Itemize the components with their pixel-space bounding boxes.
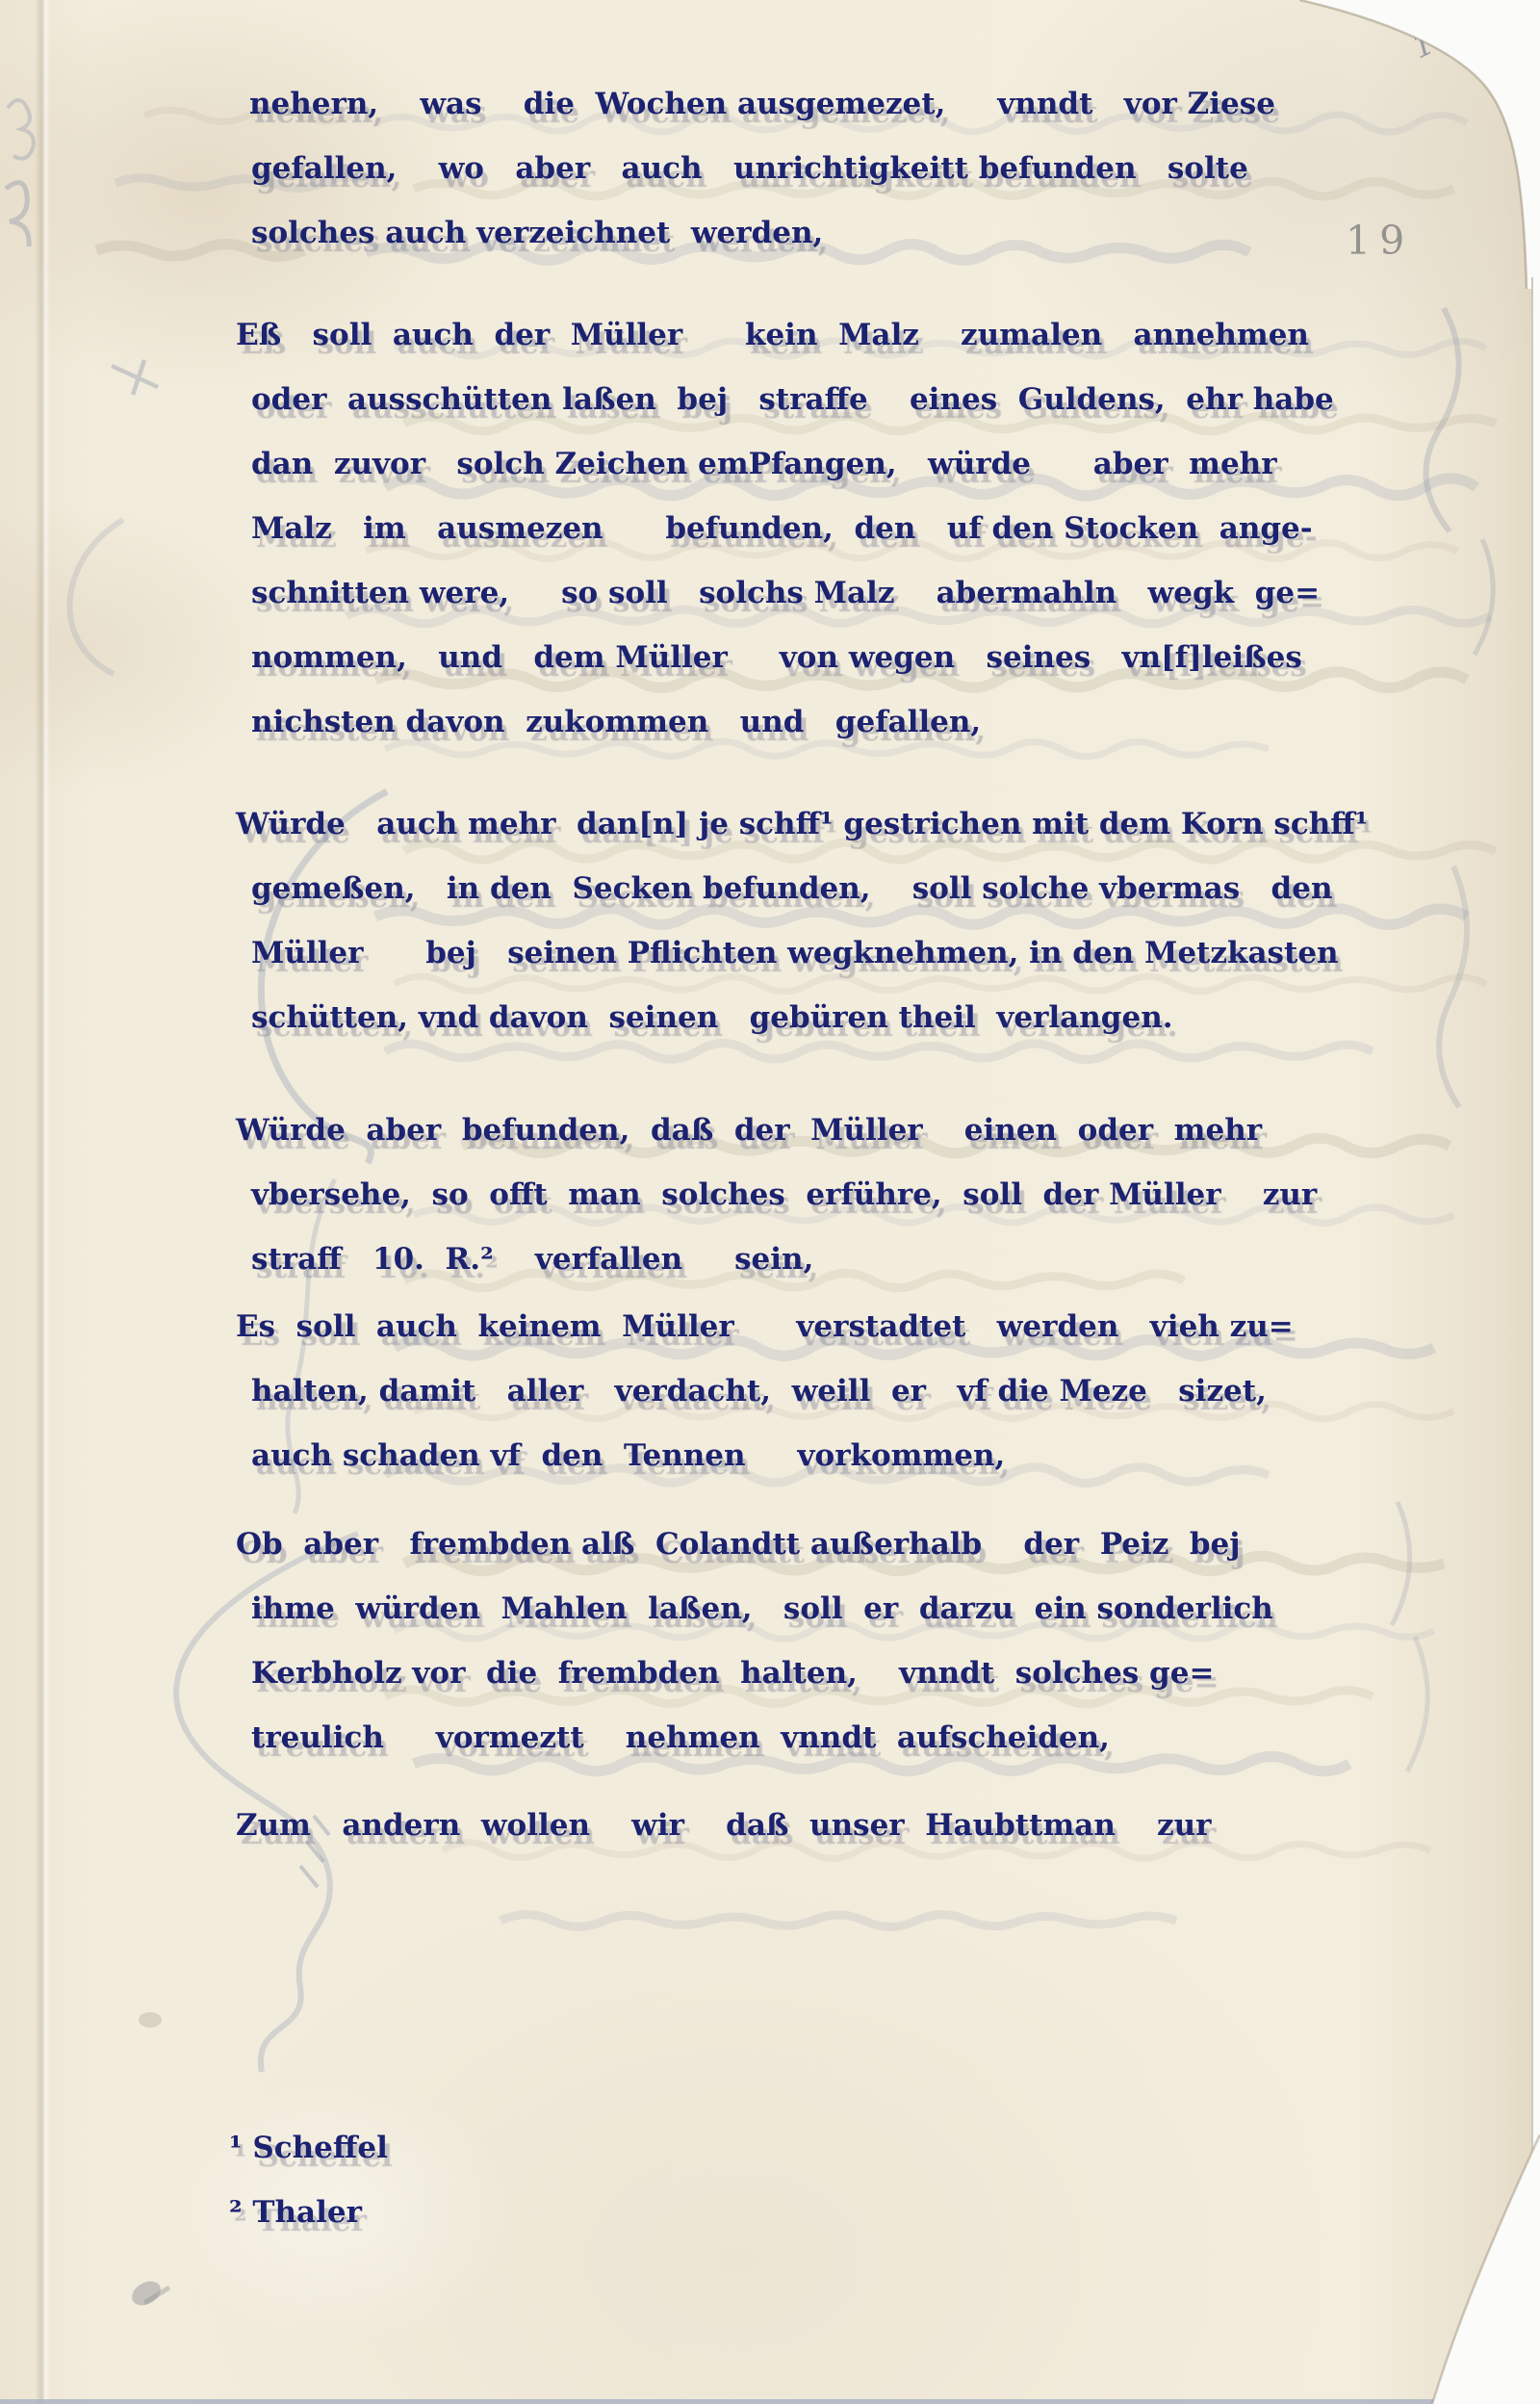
text-line: vbersehe, so offt man solches erführe, s…: [251, 1163, 1535, 1228]
text-line: auch schaden vf den Tennen vorkommen,: [251, 1424, 1535, 1488]
text-line: schütten, vnd davon seinen gebüren theil…: [251, 986, 1535, 1050]
torn-corner-bottom-right: [1424, 2134, 1540, 2404]
torn-corner-top-right: [1299, 0, 1540, 289]
scan-bottom-edge: [0, 2399, 1540, 2404]
text-line: Eß soll auch der Müller kein Malz zumale…: [236, 303, 1535, 368]
paper-crease: [35, 0, 50, 2404]
paragraph: Es soll auch keinem Müller verstadtet we…: [236, 1295, 1535, 1488]
paragraph: Würde aber befunden, daß der Müller eine…: [236, 1099, 1535, 1292]
text-line: treulich vormeztt nehmen vnndt aufscheid…: [251, 1706, 1535, 1771]
text-line: nommen, und dem Müller von wegen seines …: [251, 626, 1535, 690]
text-line: oder ausschütten laßen bej straffe eines…: [251, 368, 1535, 432]
footnote-thaler: ² Thaler: [229, 2181, 388, 2245]
transcription-block: nehern, was die Wochen ausgemezet, vnndt…: [236, 0, 1535, 2404]
text-line: Zum andern wollen wir daß unser Haubttma…: [236, 1794, 1535, 1858]
text-line: halten, damit aller verdacht, weill er v…: [251, 1359, 1535, 1424]
paragraph: Würde auch mehr dan[n] je schff¹ gestric…: [236, 792, 1535, 1050]
text-line: Müller bej seinen Pflichten wegknehmen, …: [251, 921, 1535, 986]
text-line: dan zuvor solch Zeichen emPfangen, würde…: [251, 432, 1535, 497]
paragraph: Ob aber frembden alß Colandtt außerhalb …: [236, 1512, 1535, 1771]
text-line: gemeßen, in den Secken befunden, soll so…: [251, 857, 1535, 921]
paragraph: Eß soll auch der Müller kein Malz zumale…: [236, 303, 1535, 755]
text-line: Malz im ausmezen befunden, den uf den St…: [251, 497, 1535, 561]
text-line: Kerbholz vor die frembden halten, vnndt …: [251, 1641, 1535, 1706]
text-line: Würde aber befunden, daß der Müller eine…: [236, 1099, 1535, 1163]
text-line: nichsten davon zukommen und gefallen,: [251, 690, 1535, 755]
footnotes: ¹ Scheffel ² Thaler: [229, 2116, 388, 2245]
torn-edge-right: [1531, 277, 1540, 2150]
text-line: Ob aber frembden alß Colandtt außerhalb …: [236, 1512, 1535, 1577]
text-line: straff 10. R.² verfallen sein,: [251, 1228, 1535, 1292]
text-line: Es soll auch keinem Müller verstadtet we…: [236, 1295, 1535, 1359]
text-line: schnitten were, so soll solchs Malz aber…: [251, 561, 1535, 626]
text-line: ihme würden Mahlen laßen, soll er darzu …: [251, 1577, 1535, 1641]
footnote-scheffel: ¹ Scheffel: [229, 2116, 388, 2181]
text-line: Würde auch mehr dan[n] je schff¹ gestric…: [236, 792, 1535, 857]
paragraph: Zum andern wollen wir daß unser Haubttma…: [236, 1794, 1535, 1858]
